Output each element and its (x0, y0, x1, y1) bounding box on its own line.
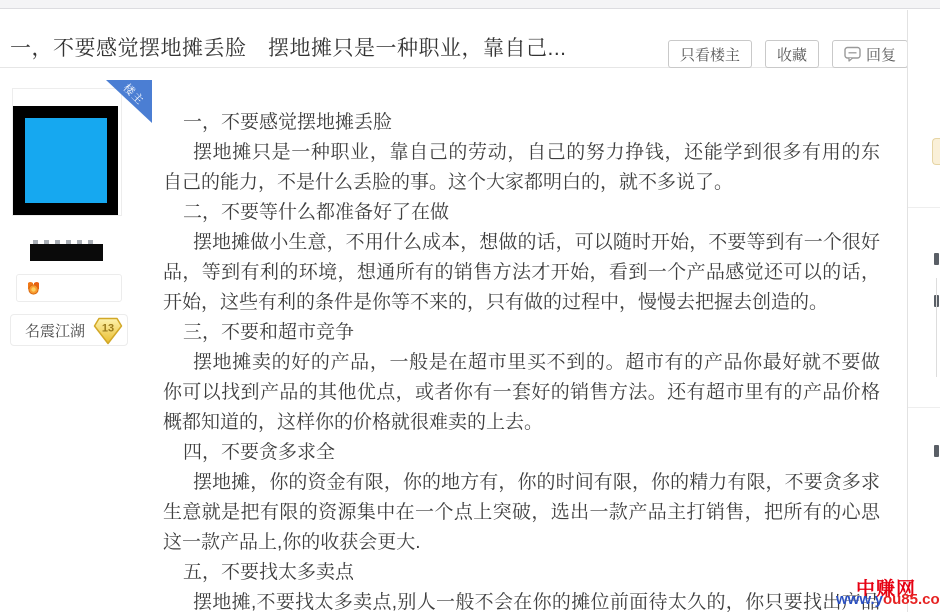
username-censored-bar[interactable] (30, 244, 103, 261)
content-line: 摆地摊，你的资金有限，你的地方有，你的时间有限，你的精力有限，不要贪多求全，小 (163, 468, 880, 498)
user-avatar[interactable] (13, 106, 118, 215)
only-op-button[interactable]: 只看楼主 (668, 40, 752, 68)
content-line: 品，等到有利的环境，想通所有的销售方法才开始，看到一个产品感觉还可以的话，就马上 (163, 258, 880, 288)
content-line: 概都知道的，这样你的价格就很难卖的上去。 (163, 408, 880, 438)
watermark-url-prefix: www.y (836, 591, 883, 608)
user-level-box[interactable]: 名震江湖 13 (10, 314, 128, 346)
favorite-label: 收藏 (777, 44, 807, 65)
sidebar-divider (908, 207, 940, 208)
watermark-url: www.you85.com (836, 591, 940, 608)
post-title: 一，不要感觉摆地摊丢脸 摆地摊只是一种职业，靠自己... (10, 32, 567, 62)
content-line: 生意就是把有限的资源集中在一个点上突破，选出一款产品主打销售，把所有的心思都放在 (163, 498, 880, 528)
sidebar-divider (908, 407, 940, 408)
content-line: 摆地摊只是一种职业，靠自己的劳动，自己的努力挣钱，还能学到很多有用的东西，锻炼 (163, 138, 880, 168)
speech-bubble-icon (844, 46, 861, 62)
content-right-border (907, 10, 908, 612)
sidebar-text-fragment (934, 445, 939, 457)
level-diamond-badge: 13 (93, 317, 123, 345)
sidebar-text-fragment (934, 253, 939, 265)
content-line: 开始，这些有利的条件是你等不来的，只有做的过程中，慢慢去把握去创造的。 (163, 288, 880, 318)
achievement-badge-box[interactable] (16, 274, 122, 302)
post-header: 一，不要感觉摆地摊丢脸 摆地摊只是一种职业，靠自己... 只看楼主 收藏 回复 (0, 10, 907, 68)
content-line: 一，不要感觉摆地摊丢脸 (163, 108, 880, 138)
content-line: 四，不要贪多求全 (163, 438, 880, 468)
favorite-button[interactable]: 收藏 (765, 40, 819, 68)
floor-host-label: 楼主 (120, 80, 148, 108)
reply-label: 回复 (866, 44, 896, 65)
header-button-group: 只看楼主 收藏 回复 (668, 40, 908, 68)
avatar-image (25, 118, 107, 203)
top-bar (0, 0, 940, 9)
content-line: 三，不要和超市竞争 (163, 318, 880, 348)
content-line: 这一款产品上,你的收获会更大. (163, 528, 880, 558)
sidebar-box-edge (936, 278, 937, 377)
content-line: 摆地摊做小生意，不用什么成本，想做的话，可以随时开始，不要等到有一个很好的产 (163, 228, 880, 258)
content-line: 自己的能力，不是什么丢脸的事。这个大家都明白的，就不多说了。 (163, 168, 880, 198)
forum-post-page: 一，不要感觉摆地摊丢脸 摆地摊只是一种职业，靠自己... 只看楼主 收藏 回复 (0, 0, 940, 612)
level-title: 名震江湖 (25, 320, 85, 341)
content-line: 五，不要找太多卖点 (163, 558, 880, 588)
watermark-url-suffix: ou85.com (883, 591, 940, 608)
sidebar-cropped-element (932, 138, 940, 165)
reply-button[interactable]: 回复 (832, 40, 908, 68)
post-content: 一，不要感觉摆地摊丢脸 摆地摊只是一种职业，靠自己的劳动，自己的努力挣钱，还能学… (163, 108, 880, 612)
only-op-label: 只看楼主 (680, 44, 740, 65)
content-line: 摆地摊,不要找太多卖点,别人一般不会在你的摊位前面待太久的，你只要找出产品最大的… (163, 588, 880, 612)
content-line: 你可以找到产品的其他优点，或者你有一套好的销售方法。还有超市里有的产品价格大家大 (163, 378, 880, 408)
content-line: 摆地摊卖的好的产品，一般是在超市里买不到的。超市有的产品你最好就不要做了，除非 (163, 348, 880, 378)
level-number: 13 (102, 323, 114, 335)
achievement-medal-icon (25, 280, 42, 297)
content-line: 二，不要等什么都准备好了在做 (163, 198, 880, 228)
